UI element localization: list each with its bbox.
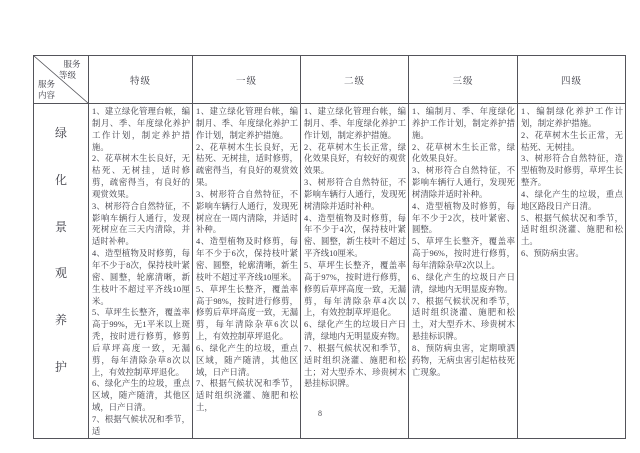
column-header-grade-2: 二级 bbox=[301, 56, 409, 104]
service-requirement-item: 4、造型植物及时修剪，每年不少于2次，枝叶紧密、圆整。 bbox=[412, 201, 515, 237]
row-label-char: 观 bbox=[55, 264, 67, 281]
service-requirement-item: 1、建立绿化管理台帐，编制月、季、年度绿化养护工作计划，制定养护措施。 bbox=[92, 106, 190, 153]
row-label-char: 护 bbox=[55, 358, 67, 375]
service-grade-table: 服务 等级 服务 内容 特级 一级 二级 三级 四级 绿 化 景 观 bbox=[33, 55, 626, 439]
service-requirement-item: 2、花草树木生长正常，绿化效果良好，有较好的观赏效果。 bbox=[304, 142, 406, 178]
row-label-char: 景 bbox=[55, 218, 67, 235]
vertical-row-label: 绿 化 景 观 养 护 bbox=[34, 104, 88, 389]
corner-header-cell: 服务 等级 服务 内容 bbox=[34, 56, 89, 104]
service-requirement-item: 2、花草树木生长良好，无枯死、无树挂，适时修剪，疏密得当，有良好的观赏效果。 bbox=[196, 142, 298, 189]
column-header-grade-1: 一级 bbox=[193, 56, 301, 104]
row-label-char: 绿 bbox=[55, 124, 67, 141]
service-requirement-item: 4、绿化产生的垃圾，重点地区路段日产日清。 bbox=[521, 189, 623, 213]
corner-bottom-line2: 内容 bbox=[38, 90, 55, 101]
service-requirement-item: 6、绿化产生的垃圾日产日清，绿地内无明显废弃物。 bbox=[304, 319, 406, 343]
service-requirement-item: 6、绿化产生的垃圾日产日清，绿地内无明显废弃物。 bbox=[412, 272, 515, 296]
service-requirement-item: 1、编制绿化养护工作计划，制定养护措施。 bbox=[521, 106, 623, 130]
service-requirement-item: 4、造型植物及时修剪，每年不少于8次，保持枝叶紧密、圆整，轮廓清晰，新生枝叶不超… bbox=[92, 248, 190, 307]
service-requirement-item: 3、树形符合自然特征，造型植物及时修剪，草坪生长整齐。 bbox=[521, 153, 623, 189]
column-header-premium-grade: 特级 bbox=[89, 56, 193, 104]
corner-label-service-content: 服务 内容 bbox=[38, 79, 55, 101]
service-requirement-item: 3、树形符合自然特征，不影响车辆行人通行，发现死树应在三天内清除，并适时补种。 bbox=[92, 201, 190, 248]
service-requirement-item: 3、树形符合自然特征，不影响车辆行人通行，发现死树清除并适时补种。 bbox=[412, 165, 515, 201]
cell-grade-1-requirements: 1、建立绿化管理台帐，编制月、季、年度绿化养护工作计划，制定养护措施。2、花草树… bbox=[193, 104, 301, 439]
service-requirement-item: 5、草坪生长整齐，覆盖率高于99%，无1平米以上斑秃，按时进行修剪，修剪后草坪高… bbox=[92, 307, 190, 378]
service-requirement-item: 7、根据气候状况和季节，适时组织浇灌、施肥和松土；对大型乔木、珍贵树木悬挂标识牌… bbox=[304, 343, 406, 390]
column-header-grade-3: 三级 bbox=[409, 56, 518, 104]
corner-label-service-grade: 服务 等级 bbox=[59, 59, 85, 81]
corner-top-line2: 等级 bbox=[59, 70, 76, 81]
row-label-char: 养 bbox=[55, 311, 67, 328]
column-header-grade-4: 四级 bbox=[518, 56, 626, 104]
service-requirement-item: 8、预防病虫害，定期喷洒药物，无病虫害引起枯枝死亡现象。 bbox=[412, 343, 515, 379]
service-requirement-item: 2、花草树木生长良好，无枯死、无树挂，适时修剪，疏密得当，有良好的观赏效果。 bbox=[92, 153, 190, 200]
service-requirement-item: 5、草坪生长整齐，覆盖率高于97%，按时进行修剪，修剪后草坪高度一致，无漏剪，每… bbox=[304, 260, 406, 319]
cell-premium-grade-requirements: 1、建立绿化管理台帐，编制月、季、年度绿化养护工作计划，制定养护措施。2、花草树… bbox=[89, 104, 193, 439]
service-requirement-item: 4、造型植物及时修剪，每年不少于4次，保持枝叶紧密、圆整，新生枝叶不超过平齐线1… bbox=[304, 213, 406, 260]
service-requirement-item: 1、建立绿化管理台帐，编制月、季、年度绿化养护工作计划，制定养护措施。 bbox=[304, 106, 406, 142]
service-requirement-item: 3、树形符合自然特征，不影响车辆行人通行，发现死树应在一周内清除，并适时补种。 bbox=[196, 189, 298, 236]
row-header-greening-landscape-maintenance: 绿 化 景 观 养 护 bbox=[34, 104, 89, 439]
corner-top-line1: 服务 bbox=[59, 59, 85, 70]
service-requirement-item: 7、根据气候状况和季节，适时组织浇灌、施肥和松土，对大型乔木、珍贵树木悬挂标识牌… bbox=[412, 296, 515, 343]
service-requirement-item: 7、根据气候状况和季节，适 bbox=[92, 414, 190, 438]
row-label-char: 化 bbox=[55, 171, 67, 188]
service-requirement-item: 3、树形符合自然特征，不影响车辆行人通行，发现死树清除并适时补种。 bbox=[304, 177, 406, 213]
service-requirement-item: 5、草坪生长整齐，覆盖率高于98%，按时进行修剪，修剪后草坪高度一致，无漏剪，每… bbox=[196, 284, 298, 343]
service-requirement-item: 4、造型植物及时修剪，每年不少于6次，保持枝叶紧密、圆整，轮廓清晰，新生枝叶不超… bbox=[196, 236, 298, 283]
cell-grade-2-requirements: 1、建立绿化管理台帐，编制月、季、年度绿化养护工作计划，制定养护措施。2、花草树… bbox=[301, 104, 409, 439]
cell-grade-3-requirements: 1、编制月、季、年度绿化养护工作计划，制定养护措施。2、花草树木生长正常，绿化效… bbox=[409, 104, 518, 439]
corner-bottom-line1: 服务 bbox=[38, 79, 55, 90]
service-requirement-item: 6、预防病虫害。 bbox=[521, 248, 623, 260]
service-requirement-item: 6、绿化产生的垃圾，重点区域，随产随清，其他区域，日产日清。 bbox=[92, 378, 190, 414]
service-requirement-item: 1、建立绿化管理台帐，编制月、季、年度绿化养护工作计划，制定养护措施。 bbox=[196, 106, 298, 142]
scanned-document-page: { "page": { "page_number": "8" }, "table… bbox=[0, 0, 640, 453]
service-requirement-item: 5、草坪生长整齐，覆盖率高于96%，按时进行修剪，每年清除杂草2次以上。 bbox=[412, 236, 515, 272]
service-requirement-item: 2、花草树木生长正常，绿化效果良好。 bbox=[412, 142, 515, 166]
service-requirement-item: 5、根据气候状况和季节，适时组织浇灌、施肥和松土。 bbox=[521, 213, 623, 249]
cell-grade-4-requirements: 1、编制绿化养护工作计划，制定养护措施。2、花草树木生长正常，无枯死、无树挂。3… bbox=[518, 104, 626, 439]
service-requirement-item: 7、根据气候状况和季节，适时组织浇灌、施肥和松土， bbox=[196, 378, 298, 414]
service-requirement-item: 6、绿化产生的垃圾，重点区域，随产随清，其他区域，日产日清。 bbox=[196, 343, 298, 379]
service-requirement-item: 2、花草树木生长正常，无枯死、无树挂。 bbox=[521, 130, 623, 154]
service-requirement-item: 1、编制月、季、年度绿化养护工作计划，制定养护措施。 bbox=[412, 106, 515, 142]
page-number: 8 bbox=[312, 409, 328, 418]
